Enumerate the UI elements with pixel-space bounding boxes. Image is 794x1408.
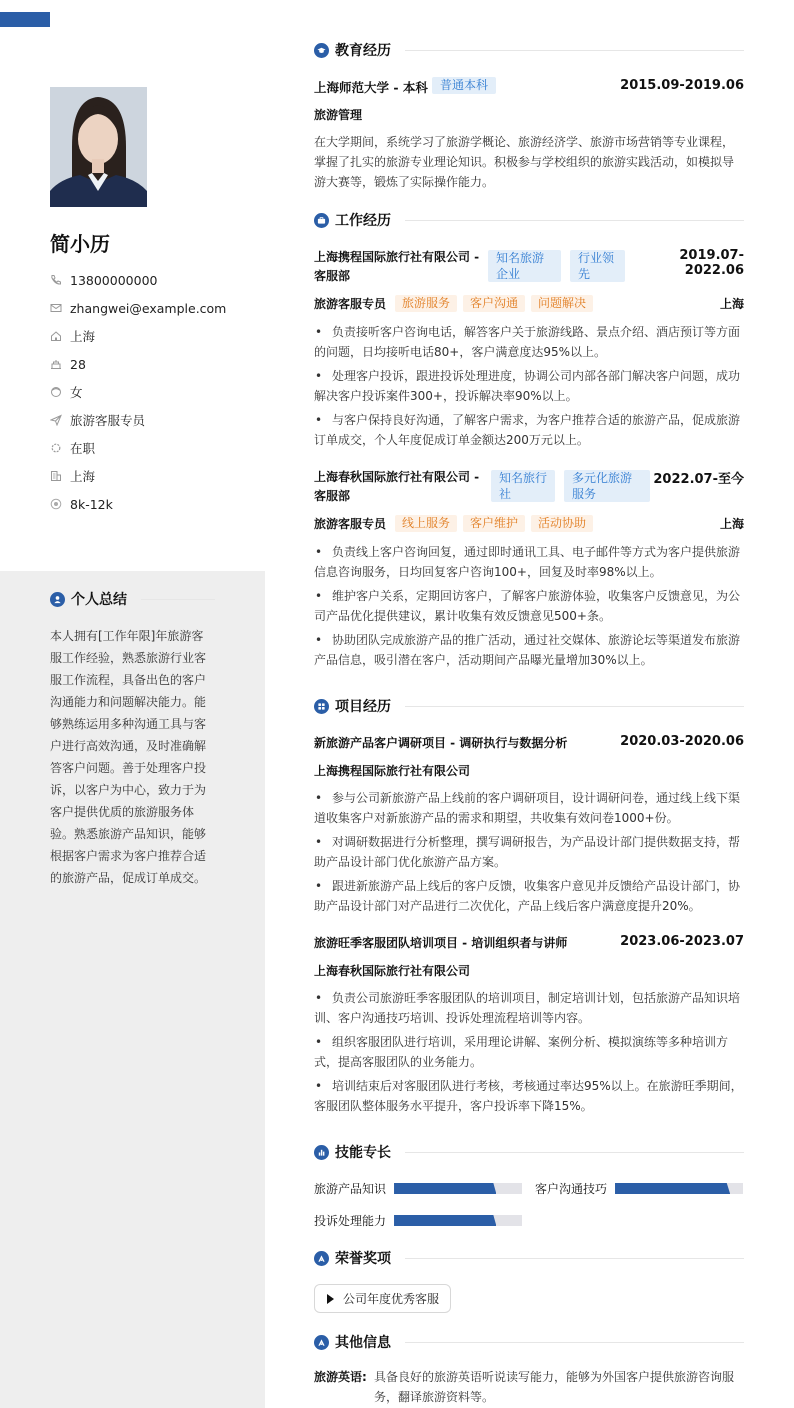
job-tag: 知名旅行社 bbox=[491, 470, 555, 502]
job-city: 上海 bbox=[720, 295, 744, 312]
work-title: 工作经历 bbox=[335, 210, 391, 230]
city-icon bbox=[50, 470, 62, 482]
skill-bar bbox=[615, 1183, 743, 1194]
summary-text: 本人拥有[工作年限]年旅游客服工作经验，熟悉旅游行业客服工作流程，具备出色的客户… bbox=[50, 625, 215, 889]
job-role: 旅游客服专员 bbox=[314, 515, 386, 532]
job-bullet: 负责线上客户咨询回复，通过即时通讯工具、电子邮件等方式为客户提供旅游信息咨询服务… bbox=[314, 542, 744, 582]
project-date: 2020.03-2020.06 bbox=[600, 734, 744, 749]
job-skill-tag: 客户维护 bbox=[463, 515, 525, 532]
project-bullet: 跟进新旅游产品上线后的客户反馈，收集客户意见并反馈给产品设计部门，协助产品设计部… bbox=[314, 876, 744, 916]
info-city-value: 上海 bbox=[70, 467, 95, 485]
mail-icon bbox=[50, 302, 62, 314]
info-status: 在职 bbox=[50, 434, 226, 462]
section-divider bbox=[141, 599, 215, 600]
job-city: 上海 bbox=[720, 515, 744, 532]
awards-section-header: 荣誉奖项 bbox=[314, 1248, 744, 1268]
job-bullet: 维护客户关系，定期回访客户，了解客户旅游体验，收集客户反馈意见，为公司产品优化提… bbox=[314, 586, 744, 626]
section-divider bbox=[405, 1258, 744, 1259]
education-section-header: 教育经历 bbox=[314, 40, 744, 60]
info-status-value: 在职 bbox=[70, 439, 95, 457]
section-divider bbox=[405, 1342, 744, 1343]
grid-icon bbox=[314, 699, 329, 714]
job-skill-tag: 问题解决 bbox=[531, 295, 593, 312]
project-bullet: 培训结束后对客服团队进行考核，考核通过率达95%以上。在旅游旺季期间，客服团队整… bbox=[314, 1076, 744, 1116]
skill-item: 客户沟通技巧 bbox=[535, 1180, 743, 1197]
contact-info-list: 13800000000 zhangwei@example.com 上海 28 女… bbox=[50, 266, 226, 518]
job-skill-tag: 活动协助 bbox=[531, 515, 593, 532]
skill-item: 旅游产品知识 bbox=[314, 1180, 522, 1197]
job-bullet: 处理客户投诉，跟进投诉处理进度，协调公司内部各部门解决客户问题，成功解决客户投诉… bbox=[314, 366, 744, 406]
skill-bar bbox=[394, 1183, 522, 1194]
job-company-line2: 客服部 bbox=[314, 487, 489, 506]
job-bullets: 负责接听客户咨询电话，解答客户关于旅游线路、景点介绍、酒店预订等方面的问题，日均… bbox=[314, 322, 744, 450]
job-bullet: 负责接听客户咨询电话，解答客户关于旅游线路、景点介绍、酒店预订等方面的问题，日均… bbox=[314, 322, 744, 362]
job-bullets: 负责线上客户咨询回复，通过即时通讯工具、电子邮件等方式为客户提供旅游信息咨询服务… bbox=[314, 542, 744, 670]
project-date: 2023.06-2023.07 bbox=[600, 934, 744, 949]
info-email: zhangwei@example.com bbox=[50, 294, 226, 322]
education-tag: 普通本科 bbox=[432, 77, 496, 94]
other-item-label: 旅游英语: bbox=[314, 1367, 374, 1407]
position-icon bbox=[50, 414, 62, 426]
info-age: 28 bbox=[50, 350, 226, 378]
job-role-row: 旅游客服专员 旅游服务 客户沟通 问题解决 上海 bbox=[314, 295, 744, 312]
info-home-value: 上海 bbox=[70, 327, 95, 345]
job-company: 上海携程国际旅行社有限公司 - 客服部 bbox=[314, 248, 489, 286]
other-title: 其他信息 bbox=[335, 1332, 391, 1352]
project-bullet: 参与公司新旅游产品上线前的客户调研项目，设计调研问卷，通过线上线下渠道收集客户对… bbox=[314, 788, 744, 828]
project-bullets: 参与公司新旅游产品上线前的客户调研项目，设计调研问卷，通过线上线下渠道收集客户对… bbox=[314, 788, 744, 916]
project-name: 旅游旺季客服团队培训项目 - 培训组织者与讲师 bbox=[314, 934, 567, 951]
project-bullet: 组织客服团队进行培训，采用理论讲解、案例分析、模拟演练等多种培训方式，提高客服团… bbox=[314, 1032, 744, 1072]
info-salary-value: 8k-12k bbox=[70, 497, 113, 512]
awards-title: 荣誉奖项 bbox=[335, 1248, 391, 1268]
skill-bar-fill bbox=[394, 1183, 496, 1194]
job-role-row: 旅游客服专员 线上服务 客户维护 活动协助 上海 bbox=[314, 515, 744, 532]
job-company-line1: 上海携程国际旅行社有限公司 - bbox=[314, 248, 489, 267]
play-triangle-icon bbox=[327, 1294, 334, 1304]
graduation-cap-icon bbox=[314, 43, 329, 58]
job-skill-tag: 客户沟通 bbox=[463, 295, 525, 312]
home-icon bbox=[50, 330, 62, 342]
job-date: 2019.07-2022.06 bbox=[630, 248, 744, 278]
projects-title: 项目经历 bbox=[335, 696, 391, 716]
job-tag: 多元化旅游服务 bbox=[564, 470, 650, 502]
job-company-line1: 上海春秋国际旅行社有限公司 - bbox=[314, 468, 489, 487]
info-salary: 8k-12k bbox=[50, 490, 226, 518]
skills-section-header: 技能专长 bbox=[314, 1142, 744, 1162]
info-phone-value: 13800000000 bbox=[70, 273, 157, 288]
job-company-line2: 客服部 bbox=[314, 267, 489, 286]
summary-title: 个人总结 bbox=[71, 589, 127, 609]
other-item: 旅游英语: 具备良好的旅游英语听说读写能力，能够为外国客户提供旅游咨询服务，翻译… bbox=[314, 1367, 744, 1407]
info-home: 上海 bbox=[50, 322, 226, 350]
education-title: 教育经历 bbox=[335, 40, 391, 60]
project-name: 新旅游产品客户调研项目 - 调研执行与数据分析 bbox=[314, 734, 567, 751]
skill-bar bbox=[394, 1215, 522, 1226]
section-divider bbox=[405, 706, 744, 707]
phone-icon bbox=[50, 274, 62, 286]
summary-section-header: 个人总结 bbox=[50, 589, 215, 609]
briefcase-icon bbox=[314, 213, 329, 228]
info-gender: 女 bbox=[50, 378, 226, 406]
skill-name: 客户沟通技巧 bbox=[535, 1180, 607, 1197]
job-tag: 行业领先 bbox=[570, 250, 625, 282]
project-company: 上海春秋国际旅行社有限公司 bbox=[314, 962, 470, 979]
award-label: 公司年度优秀客服 bbox=[343, 1290, 439, 1307]
work-section-header: 工作经历 bbox=[314, 210, 744, 230]
status-icon bbox=[50, 442, 62, 454]
job-skill-tag: 线上服务 bbox=[395, 515, 457, 532]
other-section-header: 其他信息 bbox=[314, 1332, 744, 1352]
skill-name: 投诉处理能力 bbox=[314, 1212, 386, 1229]
section-divider bbox=[405, 50, 744, 51]
skill-item: 投诉处理能力 bbox=[314, 1212, 522, 1229]
education-description: 在大学期间，系统学习了旅游学概论、旅游经济学、旅游市场营销等专业课程，掌握了扎实… bbox=[314, 132, 744, 192]
info-city: 上海 bbox=[50, 462, 226, 490]
skill-bar-fill bbox=[394, 1215, 496, 1226]
award-icon bbox=[314, 1251, 329, 1266]
section-divider bbox=[405, 220, 744, 221]
award-item[interactable]: 公司年度优秀客服 bbox=[314, 1284, 451, 1313]
job-skill-tag: 旅游服务 bbox=[395, 295, 457, 312]
avatar-photo bbox=[50, 87, 147, 207]
bar-chart-icon bbox=[314, 1145, 329, 1160]
project-bullet: 负责公司旅游旺季客服团队的培训项目，制定培训计划，包括旅游产品知识培训、客户沟通… bbox=[314, 988, 744, 1028]
candidate-name: 简小历 bbox=[50, 228, 110, 257]
job-bullet: 协助团队完成旅游产品的推广活动，通过社交媒体、旅游论坛等渠道发布旅游产品信息，吸… bbox=[314, 630, 744, 670]
job-date: 2022.07-至今 bbox=[650, 468, 744, 487]
info-gender-value: 女 bbox=[70, 383, 83, 401]
info-position-value: 旅游客服专员 bbox=[70, 411, 145, 429]
degree-tag: 普通本科 bbox=[432, 77, 496, 94]
age-icon bbox=[50, 358, 62, 370]
job-bullet: 与客户保持良好沟通，了解客户需求，为客户推荐合适的旅游产品，促成旅游订单成交，个… bbox=[314, 410, 744, 450]
job-company: 上海春秋国际旅行社有限公司 - 客服部 bbox=[314, 468, 489, 506]
user-icon bbox=[50, 592, 65, 607]
job-role: 旅游客服专员 bbox=[314, 295, 386, 312]
job-tag: 知名旅游企业 bbox=[488, 250, 561, 282]
education-school: 上海师范大学 - 本科 bbox=[314, 78, 428, 96]
other-item-text: 具备良好的旅游英语听说读写能力，能够为外国客户提供旅游咨询服务，翻译旅游资料等。 bbox=[374, 1367, 744, 1407]
project-bullets: 负责公司旅游旺季客服团队的培训项目，制定培训计划，包括旅游产品知识培训、客户沟通… bbox=[314, 988, 744, 1116]
skill-name: 旅游产品知识 bbox=[314, 1180, 386, 1197]
info-badge-icon bbox=[314, 1335, 329, 1350]
info-age-value: 28 bbox=[70, 357, 86, 372]
education-major: 旅游管理 bbox=[314, 106, 362, 123]
info-position: 旅游客服专员 bbox=[50, 406, 226, 434]
info-phone: 13800000000 bbox=[50, 266, 226, 294]
project-bullet: 对调研数据进行分析整理，撰写调研报告，为产品设计部门提供数据支持，帮助产品设计部… bbox=[314, 832, 744, 872]
project-company: 上海携程国际旅行社有限公司 bbox=[314, 762, 470, 779]
education-date: 2015.09-2019.06 bbox=[600, 78, 744, 93]
projects-section-header: 项目经历 bbox=[314, 696, 744, 716]
skills-title: 技能专长 bbox=[335, 1142, 391, 1162]
salary-icon bbox=[50, 498, 62, 510]
gender-icon bbox=[50, 386, 62, 398]
info-email-value: zhangwei@example.com bbox=[70, 301, 226, 316]
section-divider bbox=[405, 1152, 744, 1153]
skill-bar-fill bbox=[615, 1183, 730, 1194]
sidebar: 简小历 13800000000 zhangwei@example.com 上海 … bbox=[0, 0, 265, 1408]
